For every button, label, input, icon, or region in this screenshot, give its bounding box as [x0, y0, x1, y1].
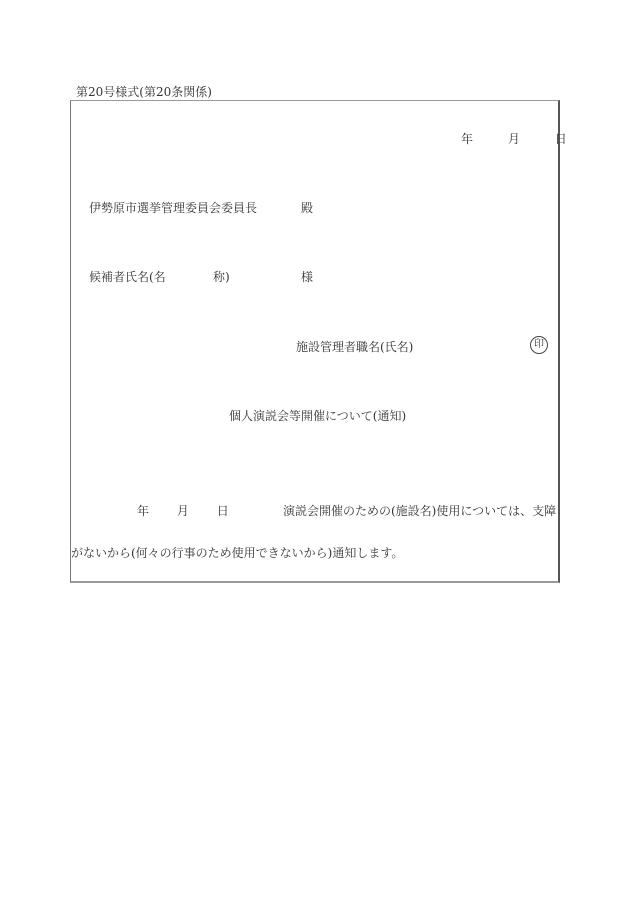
header-date: 年 月 日: [461, 130, 567, 147]
header-date-year: 年: [461, 130, 473, 147]
body-text-line-1: 演説会開催のための(施設名)使用については、支障: [283, 502, 556, 519]
addressee-honorific: 殿: [301, 199, 313, 216]
candidate-honorific: 様: [301, 268, 313, 285]
addressee-name: 伊勢原市選挙管理委員会委員長: [89, 199, 257, 216]
body-date-year: 年: [137, 502, 149, 519]
form-number: 第20号様式(第20条関係): [76, 83, 212, 100]
body-date-day: 日: [217, 502, 229, 519]
notice-form-box: 年 月 日 伊勢原市選挙管理委員会委員長 殿 候補者氏名(名 称) 様 施設管理…: [70, 100, 560, 583]
facility-manager-label: 施設管理者職名(氏名): [296, 338, 413, 355]
document-title: 個人演説会等開催について(通知): [229, 407, 406, 424]
body-text-line-2: がないから(何々の行事のため使用できないから)通知します。: [71, 544, 403, 561]
header-date-month: 月: [508, 130, 520, 147]
header-date-day: 日: [555, 130, 567, 147]
candidate-label-close: 称): [213, 268, 230, 285]
body-date-month: 月: [177, 502, 189, 519]
body-date: 年 月 日: [137, 502, 229, 519]
candidate-label-open: 候補者氏名(名: [89, 268, 166, 285]
seal-icon: 印: [530, 336, 548, 354]
